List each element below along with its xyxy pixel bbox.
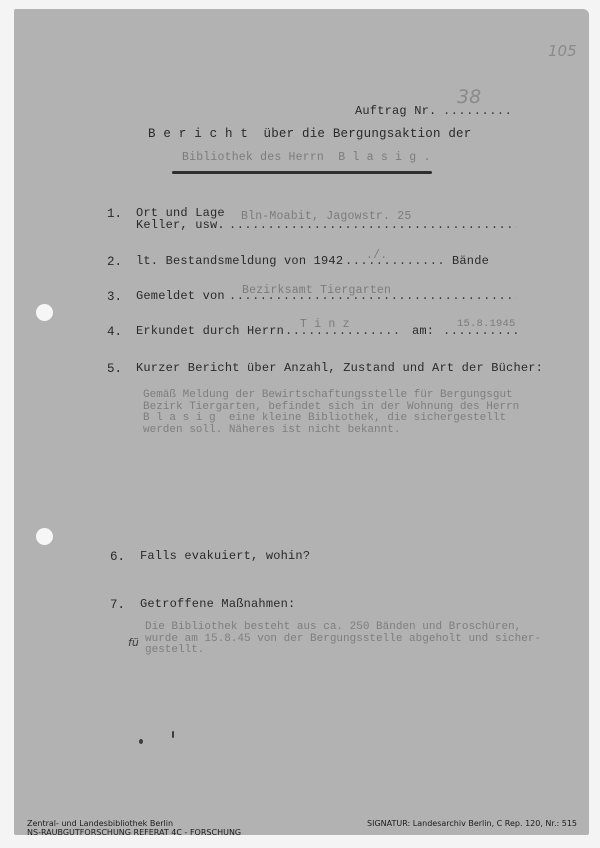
report-text: Gemäß Meldung der Bewirtschaftungsstelle…: [143, 390, 519, 436]
item-label: lt. Bestandsmeldung von 1942: [136, 254, 343, 268]
order-dots: .........: [443, 104, 513, 118]
margin-note: fü: [128, 636, 139, 649]
dotted-line: ........................................…: [229, 289, 517, 303]
report-subtitle: Bibliothek des Herrn B l a s i g .: [182, 151, 431, 164]
item-label: Getroffene Maßnahmen:: [140, 597, 295, 611]
page-number: 105: [548, 42, 577, 60]
title-underline: [172, 171, 432, 174]
item-number: 5.: [107, 362, 122, 376]
item-label: Keller, usw.: [136, 218, 225, 232]
measures-text: Die Bibliothek besteht aus ca. 250 Bände…: [145, 622, 541, 657]
ink-mark: [139, 739, 143, 744]
item-number: 3.: [107, 290, 122, 304]
dotted-line: ..............: [345, 254, 445, 268]
ink-mark: [172, 731, 174, 738]
item-number: 6.: [110, 550, 125, 564]
punch-hole: [36, 304, 53, 321]
item-number: 7.: [110, 598, 125, 612]
order-label: Auftrag Nr.: [355, 104, 436, 118]
dotted-line: .................: [285, 324, 403, 338]
item-number: 2.: [107, 255, 122, 269]
item-label: Gemeldet von: [136, 289, 225, 303]
punch-hole: [36, 528, 53, 545]
item-label: Falls evakuiert, wohin?: [140, 549, 310, 563]
dotted-line: ........................................…: [229, 218, 517, 232]
volumes-label: Bände: [452, 254, 489, 268]
dotted-line: ..........: [443, 324, 523, 338]
footer-department: NS-RAUBGUTFORSCHUNG REFERAT 4C - FORSCHU…: [27, 828, 241, 837]
item-number: 1.: [107, 207, 122, 221]
date-label: am:: [412, 324, 434, 338]
item-label: Kurzer Bericht über Anzahl, Zustand und …: [136, 361, 543, 375]
item-number: 4.: [107, 325, 122, 339]
item-label: Erkundet durch Herrn: [136, 324, 284, 338]
footer-signature: SIGNATUR: Landesarchiv Berlin, C Rep. 12…: [367, 819, 577, 828]
footer-institution: Zentral- und Landesbibliothek Berlin: [27, 819, 173, 828]
report-title: B e r i c h t über die Bergungsaktion de…: [148, 127, 471, 141]
